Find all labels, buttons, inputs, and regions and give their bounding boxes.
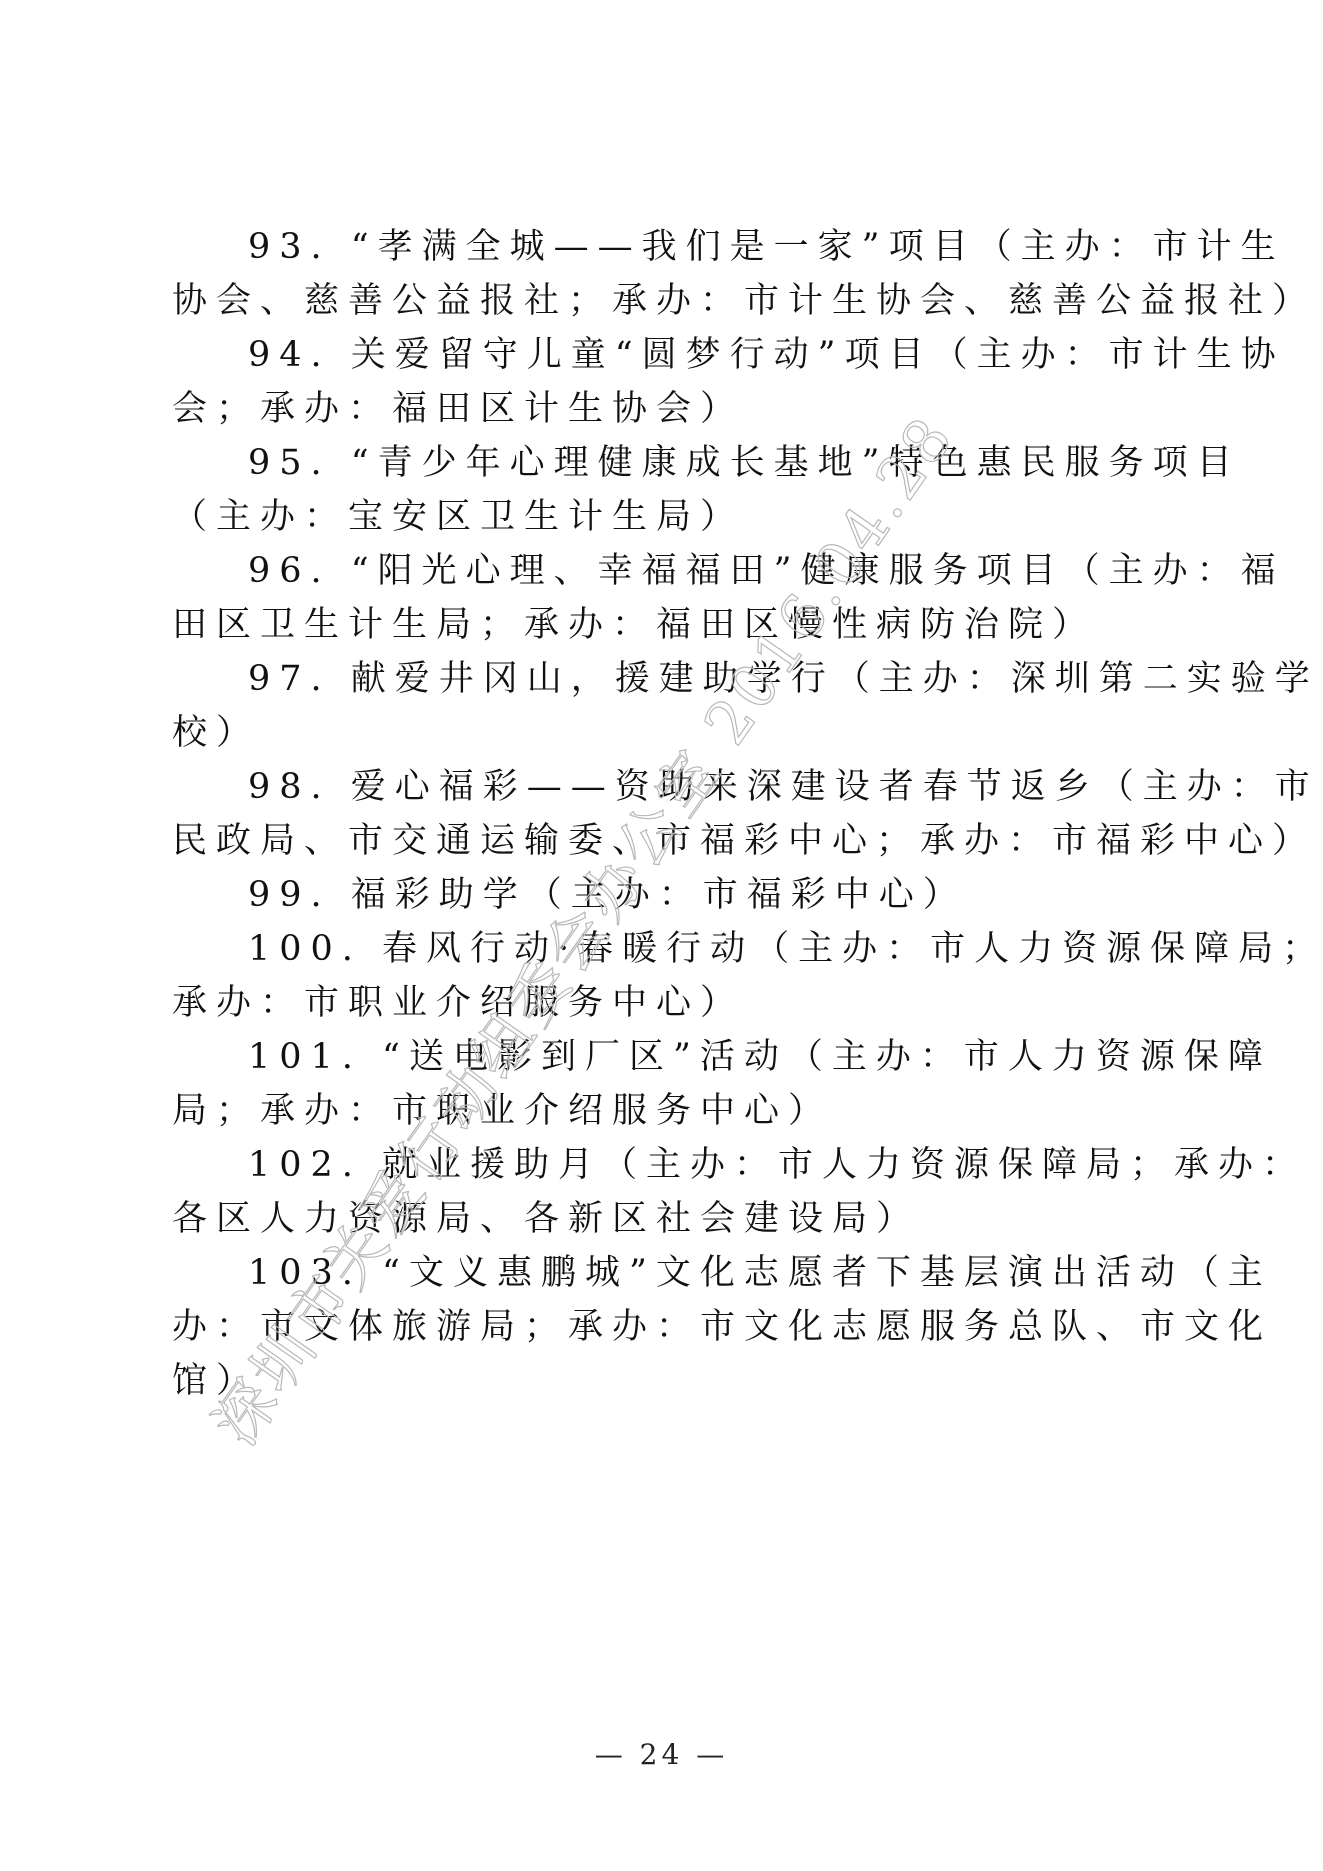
item-98-line-2: 民政局、市交通运输委、市福彩中心；承办：市福彩中心） (172, 816, 1316, 866)
item-94-line-2: 会；承办：福田区计生协会） (172, 384, 744, 434)
item-101-line-2: 局；承办：市职业介绍服务中心） (172, 1086, 832, 1136)
document-page: 93. “孝满全城——我们是一家”项目（主办：市计生 协会、慈善公益报社；承办：… (0, 0, 1323, 1871)
item-95-line-1: 95. “青少年心理健康成长基地”特色惠民服务项目 (248, 438, 1241, 488)
item-93-line-1: 93. “孝满全城——我们是一家”项目（主办：市计生 (248, 222, 1285, 272)
item-102-line-2: 各区人力资源局、各新区社会建设局） (172, 1194, 920, 1244)
item-100-line-2: 承办：市职业介绍服务中心） (172, 978, 744, 1028)
item-94-line-1: 94. 关爱留守儿童“圆梦行动”项目（主办：市计生协 (248, 330, 1285, 380)
item-93-line-2: 协会、慈善公益报社；承办：市计生协会、慈善公益报社） (172, 276, 1316, 326)
item-95-line-2: （主办：宝安区卫生计生局） (172, 492, 744, 542)
item-99-line-1: 99. 福彩助学（主办：市福彩中心） (248, 870, 967, 920)
item-97-line-1: 97. 献爱井冈山，援建助学行（主办：深圳第二实验学 (248, 654, 1319, 704)
item-98-line-1: 98. 爱心福彩——资助来深建设者春节返乡（主办：市 (248, 762, 1319, 812)
item-101-line-1: 101. “送电影到厂区”活动（主办：市人力资源保障 (248, 1032, 1272, 1082)
item-102-line-1: 102. 就业援助月（主办：市人力资源保障局；承办： (248, 1140, 1306, 1190)
item-100-line-1: 100. 春风行动·春暖行动（主办：市人力资源保障局； (248, 924, 1323, 974)
item-97-line-2: 校） (172, 708, 260, 758)
item-103-line-1: 103. “文义惠鹏城”文化志愿者下基层演出活动（主 (248, 1248, 1272, 1298)
item-103-line-3: 馆） (172, 1356, 260, 1406)
item-96-line-1: 96. “阳光心理、幸福福田”健康服务项目（主办：福 (248, 546, 1285, 596)
item-103-line-2: 办：市文体旅游局；承办：市文化志愿服务总队、市文化 (172, 1302, 1272, 1352)
page-number: — 24 — (0, 1738, 1323, 1771)
item-96-line-2: 田区卫生计生局；承办：福田区慢性病防治院） (172, 600, 1096, 650)
